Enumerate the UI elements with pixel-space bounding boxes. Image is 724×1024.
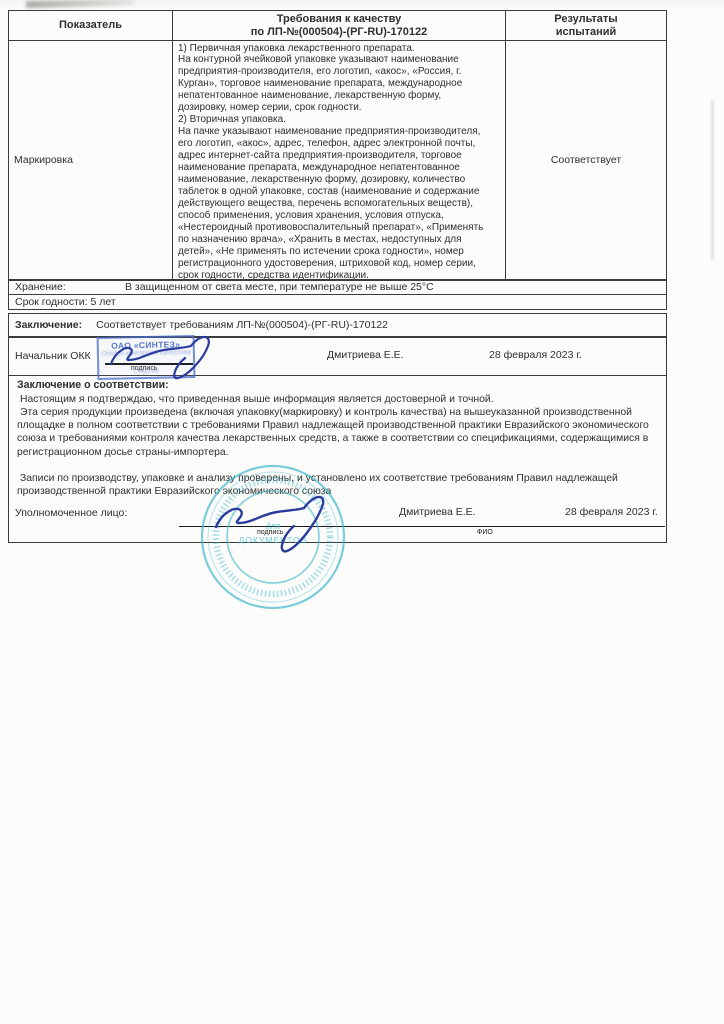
qc-head-title: Начальник ОКК	[15, 350, 91, 362]
cell-indicator: Маркировка	[9, 41, 172, 280]
conformity-paragraph-1: Настоящим я подтверждаю, что приведенная…	[17, 393, 658, 406]
indicator-value: Маркировка	[14, 154, 73, 166]
storage-label: Хранение:	[15, 281, 125, 293]
authorized-signature-caption: подпись	[257, 529, 283, 536]
table-row-marking: Маркировка 1) Первичная упаковка лекарст…	[8, 40, 667, 281]
header-requirements-line1: Требования к качеству	[277, 13, 402, 26]
authorized-person-name: Дмитриева Е.Е.	[399, 506, 476, 518]
authorized-sign-date: 28 февраля 2023 г.	[565, 506, 658, 518]
conformity-heading: Заключение о соответствии:	[17, 379, 658, 391]
qc-sign-date: 28 февраля 2023 г.	[489, 349, 582, 361]
storage-value: В защищенном от света месте, при темпера…	[125, 281, 434, 293]
cell-result: Соответствует	[506, 41, 666, 280]
authorized-person-title: Уполномоченное лицо:	[15, 507, 127, 519]
scan-edge-artifact	[711, 100, 714, 260]
authorized-signature-line	[179, 526, 665, 528]
qc-signature-caption: подпись	[131, 365, 157, 372]
header-requirements-line2: по ЛП-№(000504)-(РГ-RU)-170122	[251, 26, 427, 39]
authorized-fio-caption: ФИО	[477, 529, 493, 536]
cell-requirements: 1) Первичная упаковка лекарственного пре…	[172, 41, 506, 280]
header-requirements: Требования к качеству по ЛП-№(000504)-(Р…	[172, 11, 506, 40]
shelf-life-row: Срок годности: 5 лет	[8, 294, 667, 310]
document-sheet: Показатель Требования к качеству по ЛП-№…	[8, 10, 667, 543]
conformity-paragraph-2: Эта серия продукции произведена (включая…	[17, 406, 658, 459]
conformity-statement-box: Заключение о соответствии: Настоящим я п…	[8, 375, 667, 543]
header-results-line1: Результаты	[554, 13, 617, 26]
qc-head-signature-row: Начальник ОКК подпись Дмитриева Е.Е. 28 …	[8, 336, 667, 376]
scan-smudge-artifact	[26, 0, 134, 8]
scanned-quality-certificate: Показатель Требования к качеству по ЛП-№…	[0, 0, 724, 1024]
header-results: Результаты испытаний	[506, 11, 666, 40]
qc-head-name: Дмитриева Е.Е.	[327, 349, 404, 361]
conclusion-row: Заключение: Соответствует требованиям ЛП…	[8, 313, 667, 338]
header-results-line2: испытаний	[556, 26, 617, 39]
table-header-row: Показатель Требования к качеству по ЛП-№…	[8, 10, 667, 41]
header-indicator: Показатель	[9, 11, 172, 40]
result-value: Соответствует	[551, 154, 621, 166]
conformity-paragraph-3: Записи по производству, упаковке и анали…	[17, 472, 658, 499]
header-indicator-label: Показатель	[59, 19, 122, 32]
shelf-life-text: Срок годности: 5 лет	[15, 296, 116, 308]
conclusion-value: Соответствует требованиям ЛП-№(000504)-(…	[96, 319, 388, 331]
conclusion-label: Заключение:	[15, 319, 82, 331]
